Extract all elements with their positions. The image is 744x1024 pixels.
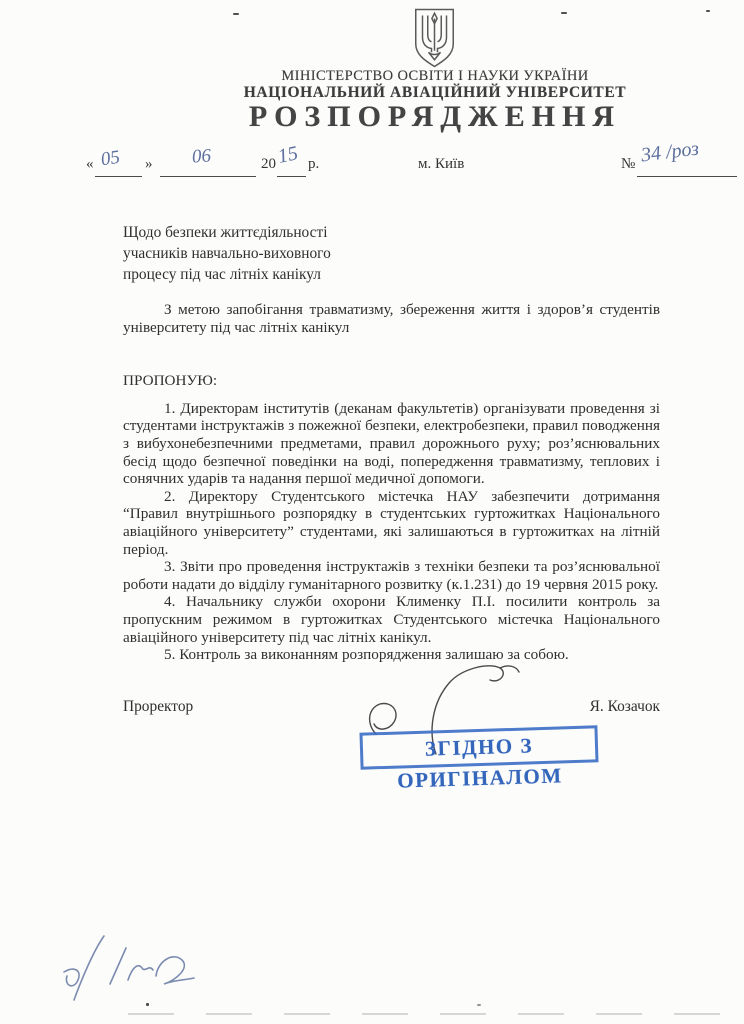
intro-paragraph: З метою запобігання травматизму, збереже… <box>123 301 660 336</box>
order-item-2: 2. Директору Студентського містечка НАУ … <box>123 488 660 558</box>
date-month-underline <box>160 175 256 177</box>
propose-label: ПРОПОНУЮ: <box>123 372 660 390</box>
date-quote-open: « <box>86 156 94 173</box>
document-title: РОЗПОРЯДЖЕННЯ <box>63 100 744 134</box>
certified-copy-stamp: ЗГІДНО З ОРИГІНАЛОМ <box>359 725 598 769</box>
order-item-3: 3. Звіти про проведення інструктажів з т… <box>123 558 660 593</box>
handwritten-day: 05 <box>99 147 121 172</box>
city-label: м. Київ <box>418 156 464 173</box>
signer-name: Я. Козачок <box>590 698 660 716</box>
date-quote-close: » <box>145 156 153 173</box>
scan-speck <box>706 10 710 12</box>
subject-block: Щодо безпеки життєдіяльності учасників н… <box>123 222 331 285</box>
number-underline <box>637 175 737 177</box>
handwritten-number: 34 /роз <box>640 138 700 168</box>
handwritten-note-mark <box>52 928 202 1013</box>
scan-speck <box>477 1004 481 1006</box>
order-item-4: 4. Начальнику служби охорони Клименку П.… <box>123 593 660 646</box>
document-body: З метою запобігання травматизму, збереже… <box>123 301 660 664</box>
number-label: № <box>621 156 635 173</box>
scan-edge-shadow <box>128 1013 744 1015</box>
scan-speck <box>146 1003 149 1006</box>
scan-speck <box>233 13 239 15</box>
handwritten-year: 15 <box>276 142 300 169</box>
signer-position: Проректор <box>123 698 193 716</box>
date-day-underline <box>95 175 142 177</box>
scanned-document-page: МІНІСТЕРСТВО ОСВІТИ І НАУКИ УКРАЇНИ НАЦІ… <box>0 0 744 1024</box>
date-year-underline <box>277 175 306 177</box>
ministry-name: МІНІСТЕРСТВО ОСВІТИ І НАУКИ УКРАЇНИ <box>63 68 744 85</box>
trident-emblem-icon <box>412 7 457 69</box>
year-prefix: 20 <box>261 156 276 173</box>
scan-speck <box>561 12 567 14</box>
year-suffix: р. <box>308 156 319 173</box>
order-item-1: 1. Директорам інститутів (деканам факуль… <box>123 400 660 488</box>
handwritten-month: 06 <box>191 145 211 168</box>
